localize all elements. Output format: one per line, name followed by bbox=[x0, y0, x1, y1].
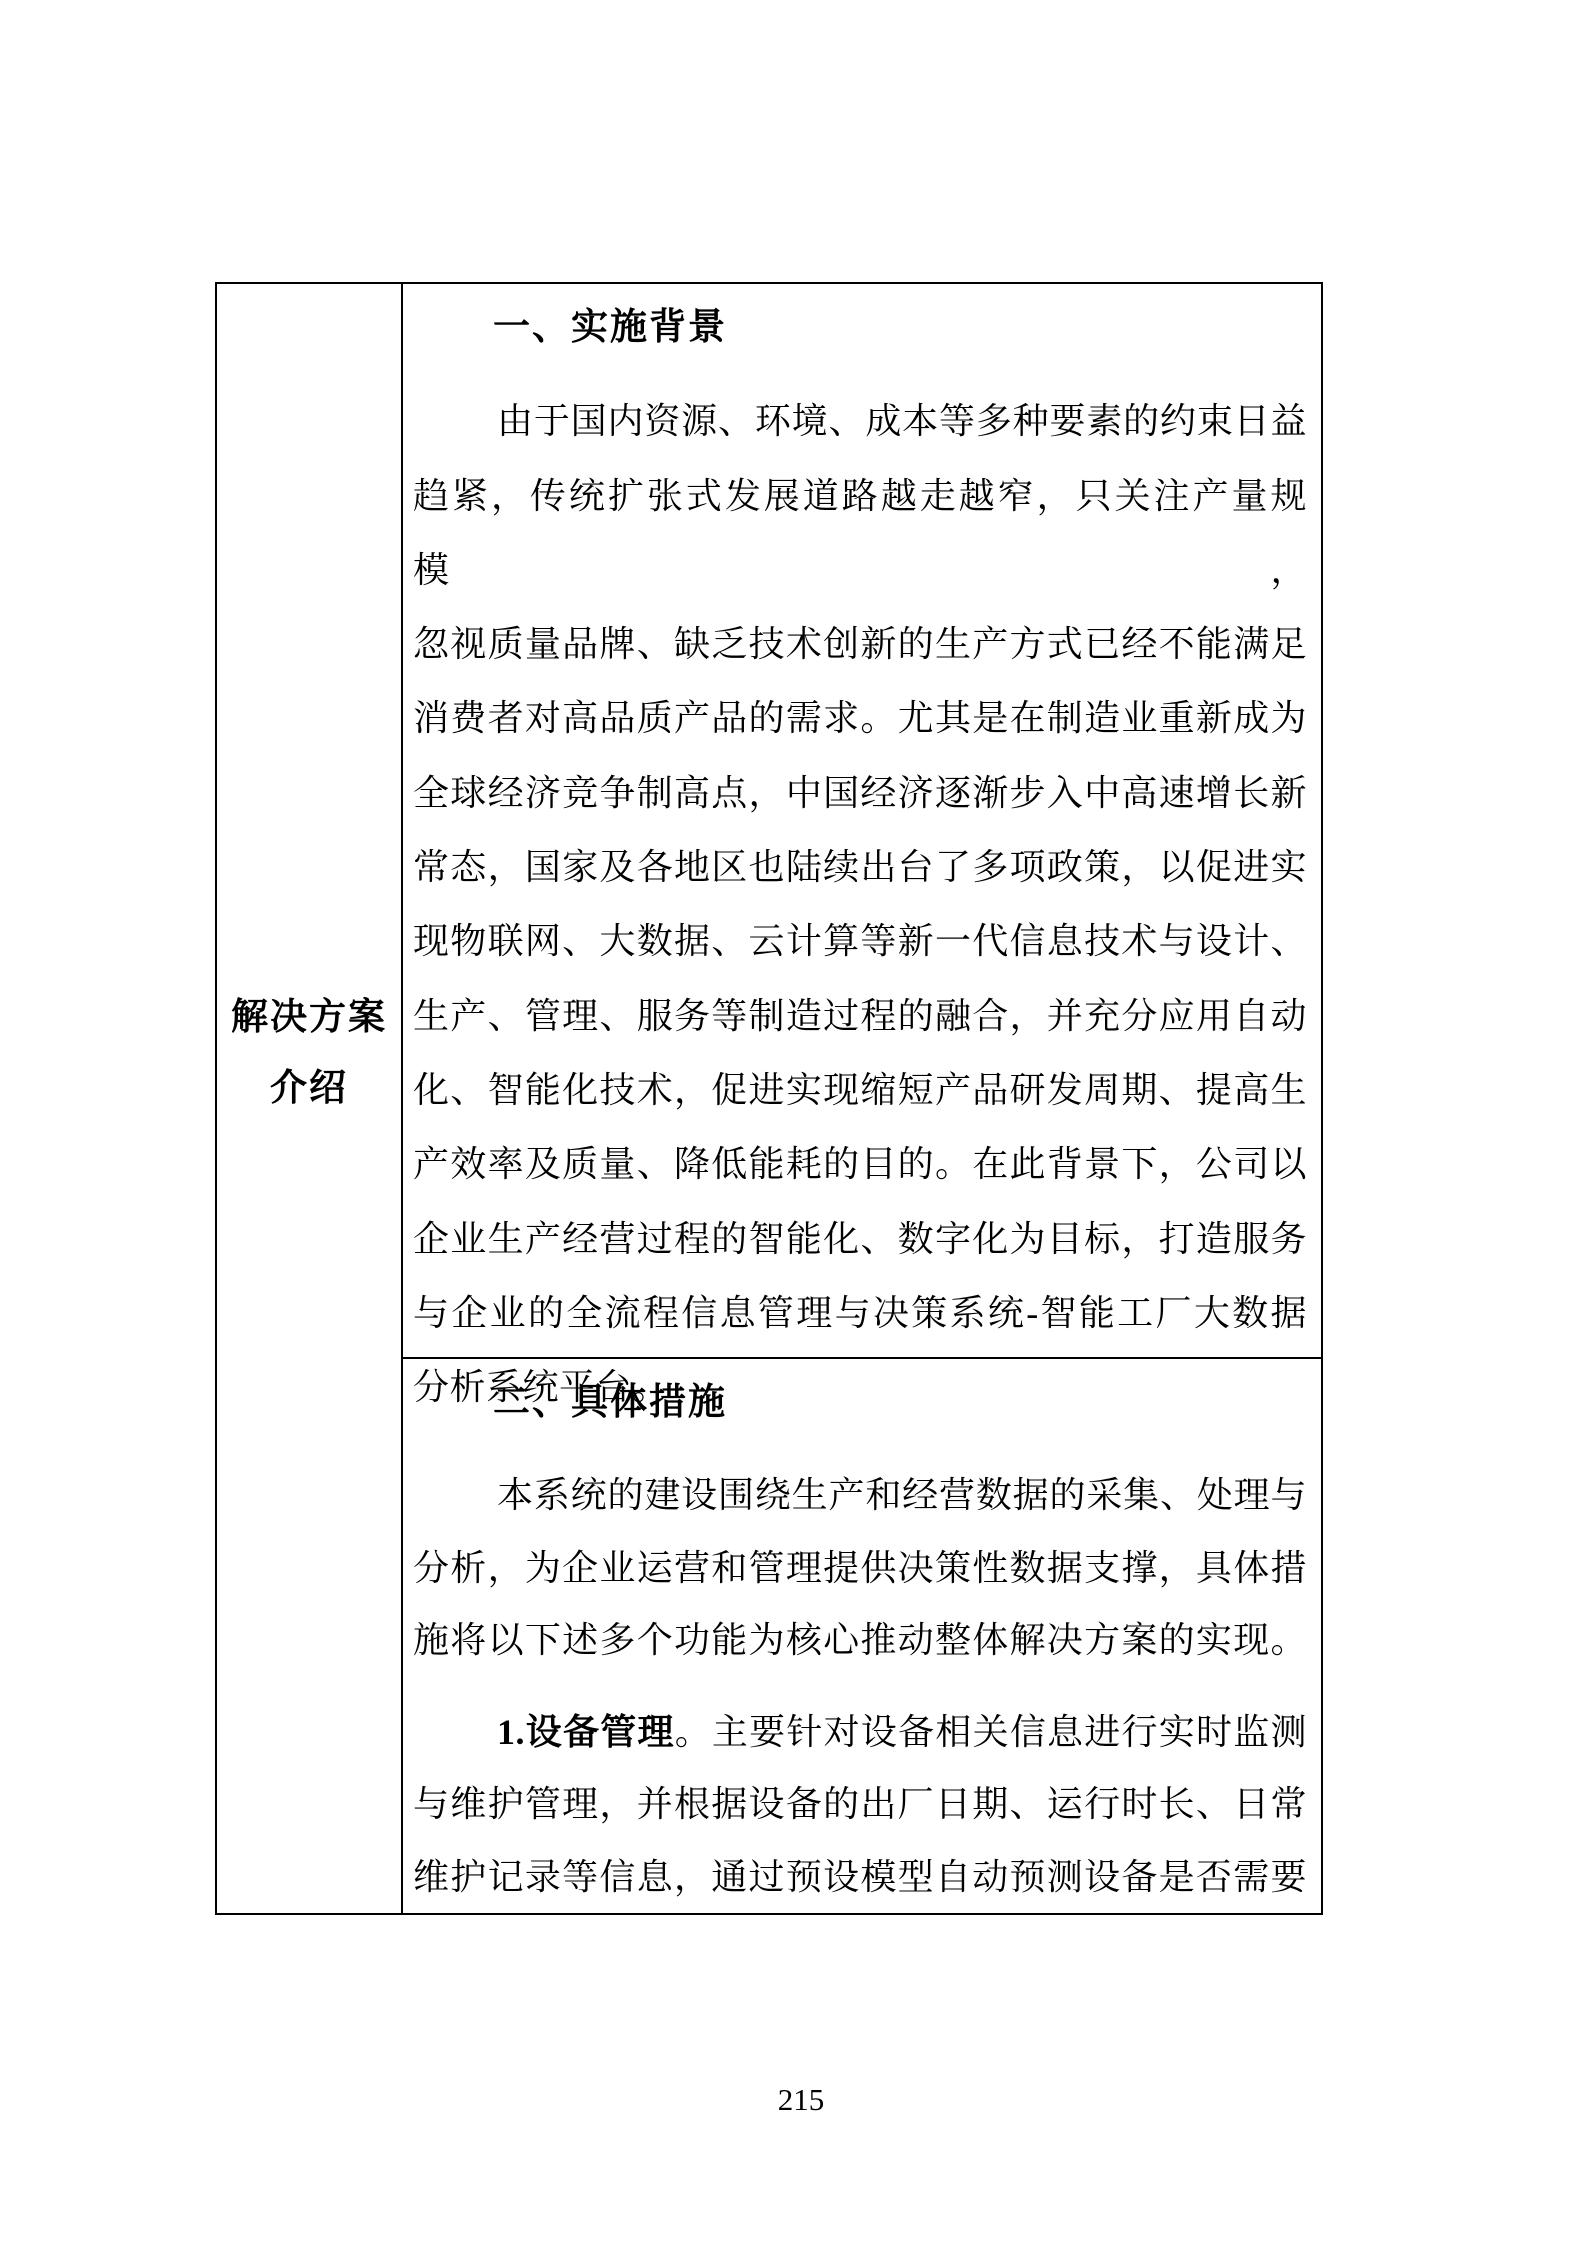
text-line: 维护记录等信息，通过预设模型自动预测设备是否需要 bbox=[413, 1841, 1307, 1914]
paragraph: 1.设备管理。主要针对设备相关信息进行实时监测与维护管理，并根据设备的出厂日期、… bbox=[413, 1696, 1307, 1914]
paragraph: 由于国内资源、环境、成本等多种要素的约束日益趋紧，传统扩张式发展道路越走越窄，只… bbox=[413, 384, 1307, 1424]
text-line: 全球经济竞争制高点，中国经济逐渐步入中高速增长新 bbox=[413, 756, 1307, 830]
text-run: 消费者对高品质产品的需求。尤其是在制造业重新成为 bbox=[413, 698, 1307, 738]
text-line: 现物联网、大数据、云计算等新一代信息技术与设计、 bbox=[413, 904, 1307, 978]
text-line: 趋紧，传统扩张式发展道路越走越窄，只关注产量规模， bbox=[413, 459, 1307, 608]
text-run: 维护记录等信息，通过预设模型自动预测设备是否需要 bbox=[413, 1857, 1307, 1897]
text-line: 本系统的建设围绕生产和经营数据的采集、处理与 bbox=[413, 1459, 1307, 1532]
text-run: 与企业的全流程信息管理与决策系统-智能工厂大数据 bbox=[413, 1293, 1307, 1333]
text-run: 本系统的建设围绕生产和经营数据的采集、处理与 bbox=[497, 1475, 1307, 1515]
text-line: 生产、管理、服务等制造过程的融合，并充分应用自动 bbox=[413, 979, 1307, 1053]
text-run: 忽视质量品牌、缺乏技术创新的生产方式已经不能满足 bbox=[413, 624, 1307, 664]
document-table: 解决方案 介绍 一、实施背景 由于国内资源、环境、成本等多种要素的约束日益趋紧，… bbox=[215, 282, 1323, 1915]
section-body-measures: 本系统的建设围绕生产和经营数据的采集、处理与分析，为企业运营和管理提供决策性数据… bbox=[413, 1459, 1307, 1913]
solution-intro-label-line1: 解决方案 bbox=[231, 982, 387, 1053]
text-run: 趋紧，传统扩张式发展道路越走越窄，只关注产量规模， bbox=[413, 476, 1307, 590]
solution-intro-cell: 解决方案 介绍 bbox=[217, 284, 403, 1913]
text-run: 分析，为企业运营和管理提供决策性数据支撑，具体措 bbox=[413, 1548, 1307, 1588]
text-line: 企业生产经营过程的智能化、数字化为目标，打造服务 bbox=[413, 1202, 1307, 1276]
solution-intro-label: 解决方案 介绍 bbox=[231, 982, 387, 1124]
solution-intro-label-line2: 介绍 bbox=[231, 1053, 387, 1124]
text-run: 化、智能化技术，促进实现缩短产品研发周期、提高生 bbox=[413, 1070, 1307, 1110]
text-run: 现物联网、大数据、云计算等新一代信息技术与设计、 bbox=[413, 921, 1307, 961]
paragraph: 本系统的建设围绕生产和经营数据的采集、处理与分析，为企业运营和管理提供决策性数据… bbox=[413, 1459, 1307, 1677]
text-run: 与维护管理，并根据设备的出厂日期、运行时长、日常 bbox=[413, 1784, 1307, 1824]
text-run: 由于国内资源、环境、成本等多种要素的约束日益 bbox=[497, 401, 1307, 441]
implementation-background-row: 一、实施背景 由于国内资源、环境、成本等多种要素的约束日益趋紧，传统扩张式发展道… bbox=[403, 284, 1321, 1359]
content-column: 一、实施背景 由于国内资源、环境、成本等多种要素的约束日益趋紧，传统扩张式发展道… bbox=[403, 284, 1321, 1913]
text-line: 与企业的全流程信息管理与决策系统-智能工厂大数据 bbox=[413, 1276, 1307, 1350]
text-run: 企业生产经营过程的智能化、数字化为目标，打造服务 bbox=[413, 1219, 1307, 1259]
text-run: 产效率及质量、降低能耗的目的。在此背景下，公司以 bbox=[413, 1144, 1307, 1184]
text-line: 常态，国家及各地区也陆续出台了多项政策，以促进实 bbox=[413, 830, 1307, 904]
text-run: 施将以下述多个功能为核心推动整体解决方案的实现。 bbox=[413, 1620, 1307, 1660]
text-line: 由于国内资源、环境、成本等多种要素的约束日益 bbox=[413, 384, 1307, 458]
text-run: 全球经济竞争制高点，中国经济逐渐步入中高速增长新 bbox=[413, 773, 1307, 813]
text-line: 与维护管理，并根据设备的出厂日期、运行时长、日常 bbox=[413, 1768, 1307, 1841]
text-line: 忽视质量品牌、缺乏技术创新的生产方式已经不能满足 bbox=[413, 607, 1307, 681]
section-title-measures: 二、具体措施 bbox=[413, 1366, 1307, 1440]
section-body-background: 由于国内资源、环境、成本等多种要素的约束日益趋紧，传统扩张式发展道路越走越窄，只… bbox=[413, 384, 1307, 1424]
text-line: 施将以下述多个功能为核心推动整体解决方案的实现。 bbox=[413, 1604, 1307, 1677]
text-line: 产效率及质量、降低能耗的目的。在此背景下，公司以 bbox=[413, 1127, 1307, 1201]
text-run: 常态，国家及各地区也陆续出台了多项政策，以促进实 bbox=[413, 847, 1307, 887]
text-line: 化、智能化技术，促进实现缩短产品研发周期、提高生 bbox=[413, 1053, 1307, 1127]
text-run: 。主要针对设备相关信息进行实时监测 bbox=[675, 1712, 1307, 1752]
text-line: 1.设备管理。主要针对设备相关信息进行实时监测 bbox=[413, 1696, 1307, 1769]
page-number: 215 bbox=[778, 2081, 825, 2119]
text-line: 分析，为企业运营和管理提供决策性数据支撑，具体措 bbox=[413, 1532, 1307, 1605]
text-run: 生产、管理、服务等制造过程的融合，并充分应用自动 bbox=[413, 996, 1307, 1036]
text-line: 消费者对高品质产品的需求。尤其是在制造业重新成为 bbox=[413, 681, 1307, 755]
bold-text-run: 1.设备管理 bbox=[497, 1712, 675, 1752]
section-title-background: 一、实施背景 bbox=[413, 291, 1307, 365]
specific-measures-row: 二、具体措施 本系统的建设围绕生产和经营数据的采集、处理与分析，为企业运营和管理… bbox=[403, 1359, 1321, 1913]
